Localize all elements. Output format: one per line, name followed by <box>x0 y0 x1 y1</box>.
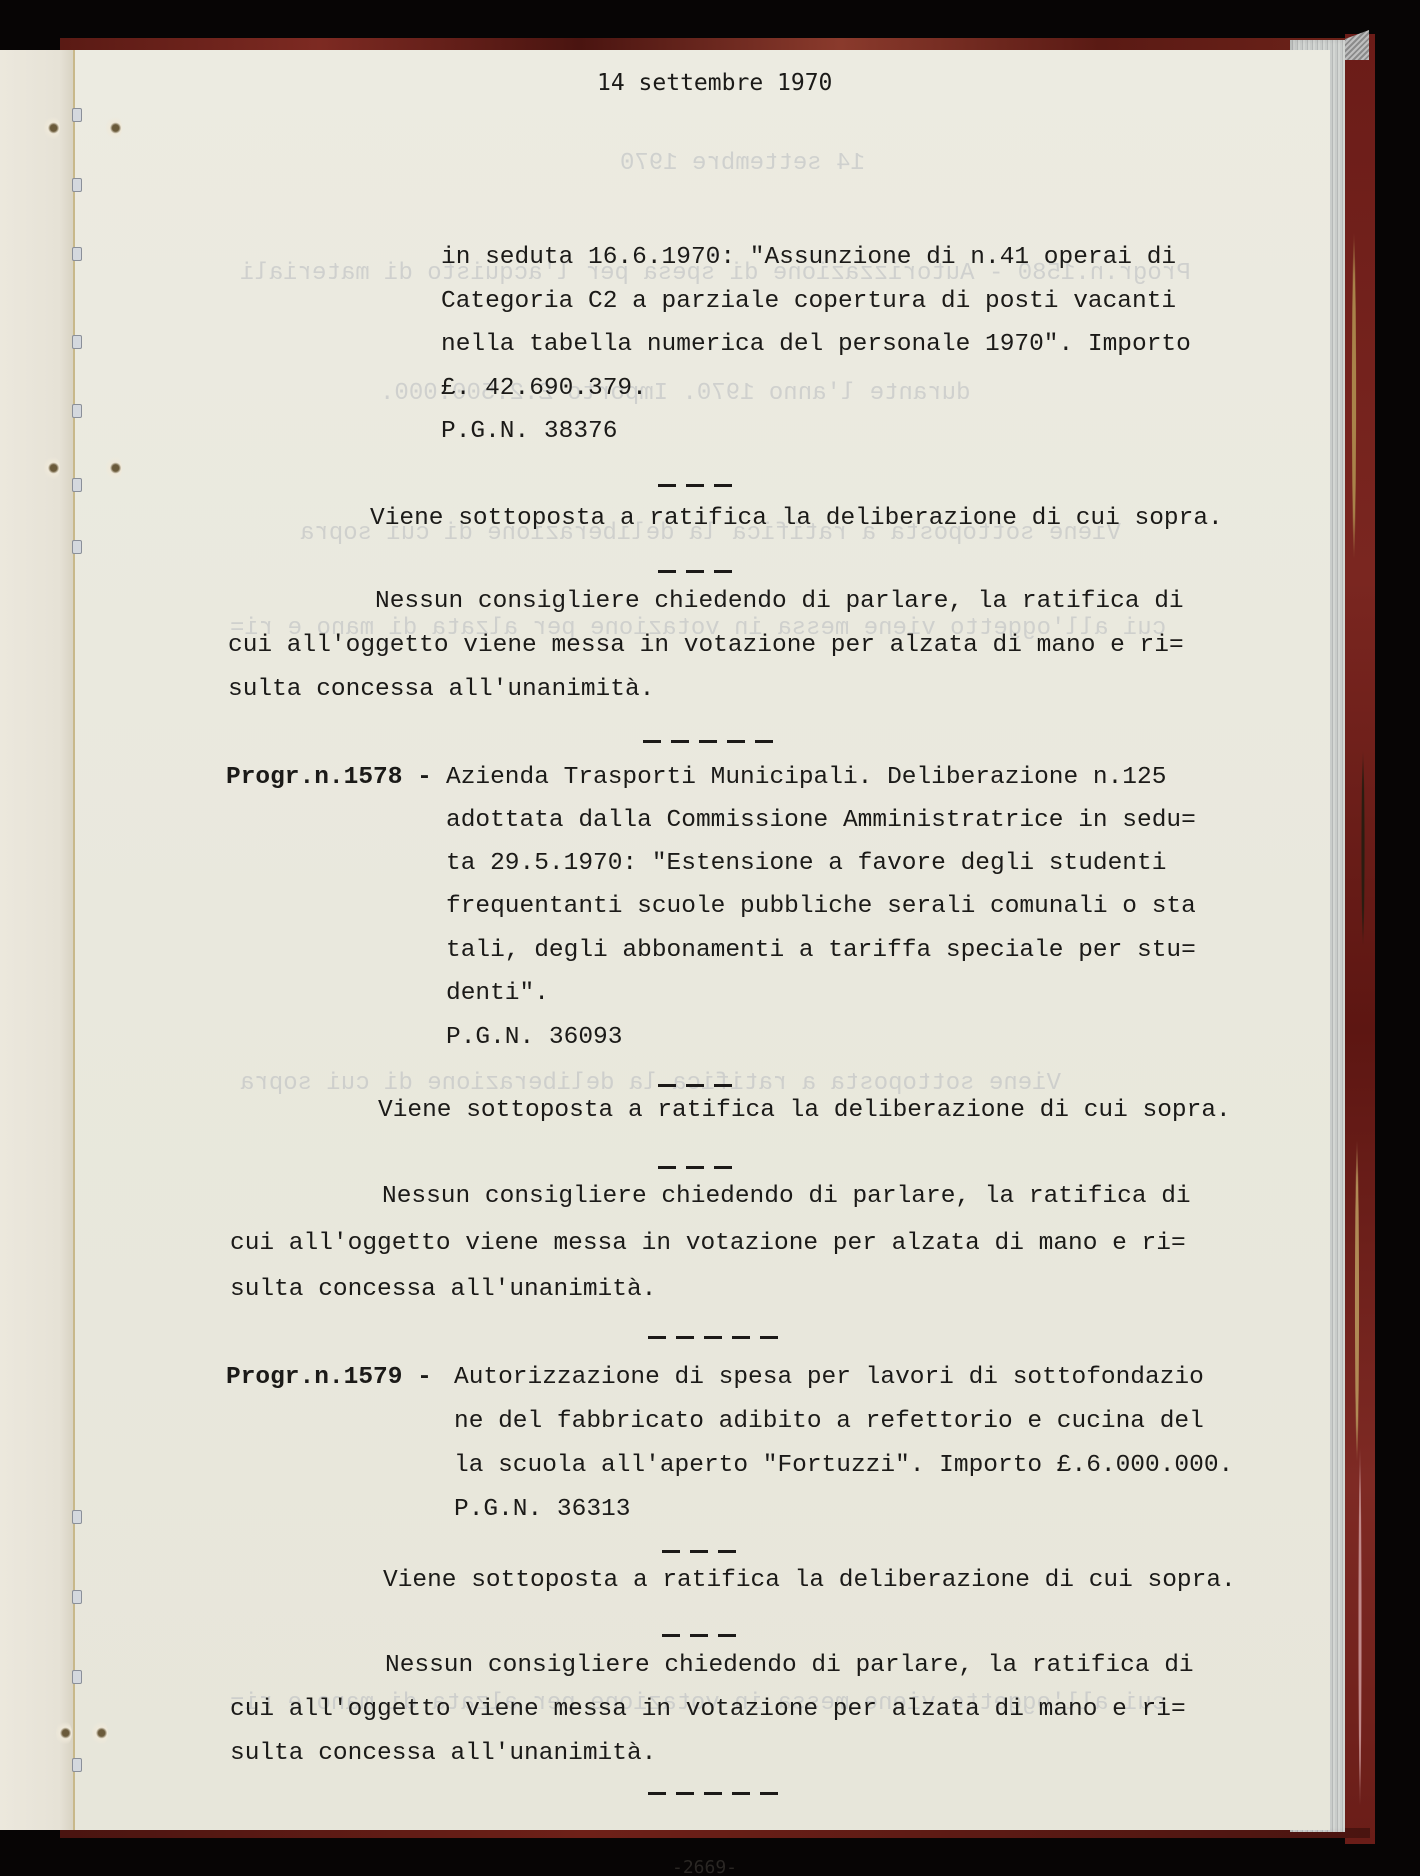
separator-short <box>658 1084 732 1087</box>
intro-line: Categoria C2 a parziale copertura di pos… <box>441 288 1176 315</box>
binding-stitch <box>72 108 82 122</box>
separator-short <box>658 484 732 487</box>
separator-short <box>658 570 732 573</box>
binding-stitch <box>72 335 82 349</box>
item-line: ta 29.5.1970: "Estensione a favore degli… <box>446 850 1166 877</box>
vote-line: Nessun consigliere chiedendo di parlare,… <box>375 588 1184 615</box>
left-page-sliver <box>0 50 74 1830</box>
binding-stitch <box>72 1758 82 1772</box>
progr-number: Progr.n.1579 - <box>226 1364 432 1391</box>
item-line: Azienda Trasporti Municipali. Deliberazi… <box>446 764 1166 791</box>
progr-number: Progr.n.1578 - <box>226 764 432 791</box>
header-date: 14 settembre 1970 <box>597 70 832 96</box>
separator-short <box>662 1634 736 1637</box>
item-line: adottata dalla Commissione Amministratri… <box>446 807 1196 834</box>
punch-hole <box>106 115 122 141</box>
intro-line: £. 42.690.379. <box>441 375 647 402</box>
ratification-text: Viene sottoposta a ratifica la deliberaz… <box>370 505 1223 532</box>
vote-line: Nessun consigliere chiedendo di parlare,… <box>382 1183 1191 1210</box>
separator-long <box>648 1336 778 1339</box>
punch-hole <box>44 455 60 481</box>
vote-line: sulta concessa all'unanimità. <box>230 1740 656 1767</box>
page-number: -2669- <box>672 1857 737 1876</box>
punch-hole <box>44 115 60 141</box>
pgn-number: P.G.N. 36313 <box>454 1496 630 1523</box>
binding-gutter <box>73 50 75 1830</box>
ratification-text: Viene sottoposta a ratifica la deliberaz… <box>378 1097 1231 1124</box>
item-line: denti". <box>446 980 549 1007</box>
punch-hole <box>106 455 122 481</box>
binding-stitch <box>72 247 82 261</box>
separator-short <box>662 1550 736 1553</box>
item-line: frequentanti scuole pubbliche serali com… <box>446 893 1196 920</box>
vote-line: sulta concessa all'unanimità. <box>230 1276 656 1303</box>
vote-line: Nessun consigliere chiedendo di parlare,… <box>385 1652 1194 1679</box>
item-line: Autorizzazione di spesa per lavori di so… <box>454 1364 1204 1391</box>
separator-short <box>658 1166 732 1169</box>
binding-stitch <box>72 178 82 192</box>
item-line: la scuola all'aperto "Fortuzzi". Importo… <box>454 1452 1233 1479</box>
binding-stitch <box>72 404 82 418</box>
binding-stitch <box>72 540 82 554</box>
vote-line: cui all'oggetto viene messa in votazione… <box>230 1696 1186 1723</box>
intro-line: nella tabella numerica del personale 197… <box>441 331 1191 358</box>
item-line: ne del fabbricato adibito a refettorio e… <box>454 1408 1204 1435</box>
vote-line: cui all'oggetto viene messa in votazione… <box>230 1230 1186 1257</box>
intro-line: in seduta 16.6.1970: "Assunzione di n.41… <box>441 244 1176 271</box>
bleed-through-text: 14 settembre 1970 <box>620 150 865 177</box>
punch-hole <box>56 1720 72 1746</box>
book-cover-marbled-edge <box>1345 34 1375 1844</box>
bleed-through-text: Viene sottoposta a ratifica la deliberaz… <box>240 1070 1061 1097</box>
pgn-number: P.G.N. 38376 <box>441 418 617 445</box>
vote-line: cui all'oggetto viene messa in votazione… <box>228 632 1184 659</box>
binding-stitch <box>72 1670 82 1684</box>
binding-stitch <box>72 1590 82 1604</box>
binding-stitch <box>72 478 82 492</box>
separator-long <box>643 740 773 743</box>
item-line: tali, degli abbonamenti a tariffa specia… <box>446 937 1196 964</box>
ratification-text: Viene sottoposta a ratifica la deliberaz… <box>383 1567 1236 1594</box>
pgn-number: P.G.N. 36093 <box>446 1024 622 1051</box>
separator-long <box>648 1792 778 1795</box>
binding-stitch <box>72 1510 82 1524</box>
punch-hole <box>92 1720 108 1746</box>
vote-line: sulta concessa all'unanimità. <box>228 676 654 703</box>
